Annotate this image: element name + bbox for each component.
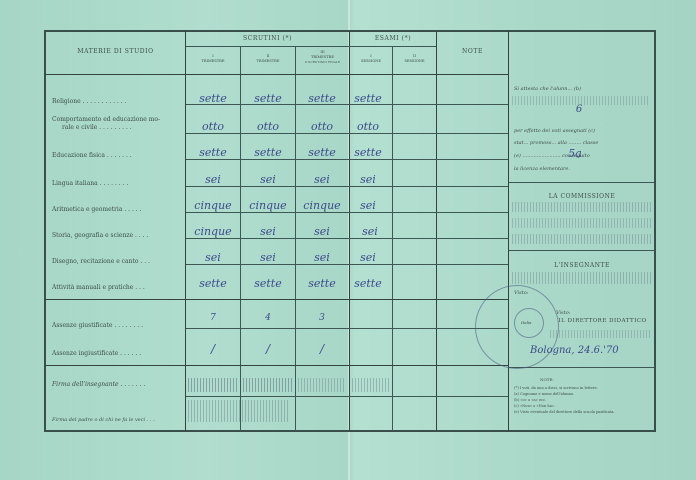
header-subjects: MATERIE DI STUDIO — [46, 48, 185, 55]
grade-cell: sette — [338, 277, 398, 290]
absence-cell: / — [183, 342, 243, 356]
commission-signature — [512, 202, 652, 212]
teacher-signature — [298, 378, 346, 392]
director-signature — [550, 330, 650, 338]
label-firma-insegnante: Firma dell'insegnante . . . . . . . — [52, 381, 145, 389]
col-header-trimestre-1: ITRIMESTRE — [186, 54, 240, 64]
grade-cell: sei — [238, 225, 298, 238]
teacher-label: L'INSEGNANTE — [509, 262, 655, 269]
absence-cell: 4 — [238, 313, 298, 323]
visto-label-2: Visto: — [556, 310, 570, 316]
grade-cell: cinque — [183, 225, 243, 238]
grid-line — [186, 212, 508, 213]
grid-line — [45, 299, 508, 300]
col-header-sessione-1: ISESSIONE — [350, 54, 392, 64]
grade-cell: sette — [183, 92, 243, 105]
grade-cell: sei — [340, 225, 400, 238]
grade-cell: sei — [338, 199, 398, 212]
grade-cell: sei — [338, 173, 398, 186]
grade-cell: sette — [183, 277, 243, 290]
grade-cell: sette — [238, 277, 298, 290]
teacher-signature — [352, 378, 390, 392]
grid-line — [186, 46, 436, 47]
grade-cell: cinque — [183, 199, 243, 212]
parent-signature — [188, 400, 288, 422]
label-assenze-ingiustificate: Assenze ingiustificate . . . . . . — [52, 350, 141, 358]
subject-religione: Religione . . . . . . . . . . . . — [52, 98, 126, 106]
grade-cell: cinque — [238, 199, 298, 212]
subject-lingua-italiana: Lingua italiana . . . . . . . . — [52, 180, 128, 188]
note-item: (c) «Non» o «Non ha». — [514, 404, 555, 408]
grid-line — [508, 31, 509, 431]
col-header-trimestre-2: IITRIMESTRE — [241, 54, 295, 64]
grade-cell: sette — [338, 146, 398, 159]
subject-aritmetica: Aritmetica e geometria . . . . . — [52, 206, 142, 214]
header-scrutini: SCRUTINI (*) — [186, 35, 349, 42]
stamp-text: Italia — [521, 320, 532, 325]
label-firma-padre: Firma del padre o di chi ne fa le veci .… — [52, 416, 155, 424]
col-header-trimestre-3: IIITRIMESTREO SCRUTINIO FINALE — [296, 50, 349, 65]
commission-signature — [512, 234, 652, 244]
director-label: IL DIRETTORE DIDATTICO — [550, 318, 655, 324]
subject-storia: Storia, geografia e scienze . . . . — [52, 232, 148, 240]
subject-comportamento: Comportamento ed educazione mo-rale e ci… — [52, 116, 160, 132]
grid-line — [186, 159, 508, 160]
absence-cell: 7 — [183, 313, 243, 323]
subject-disegno: Disegno, recitazione e canto . . . — [52, 258, 150, 266]
class-value: 5a — [545, 147, 605, 160]
grid-line — [509, 367, 655, 368]
grid-line — [509, 182, 655, 183]
grid-line — [509, 250, 655, 251]
subject-educazione-fisica: Educazione fisica . . . . . . . — [52, 152, 132, 160]
label-assenze-giustificate: Assenze giustificate . . . . . . . . — [52, 322, 143, 330]
grade-cell: sei — [183, 251, 243, 264]
grid-line — [186, 186, 508, 187]
grade-cell: otto — [183, 120, 243, 133]
teacher-signature — [243, 378, 293, 392]
grade-cell: sette — [238, 146, 298, 159]
absence-cell: / — [238, 342, 298, 356]
attest-line-5: la licenza elementare. — [514, 166, 570, 172]
header-note: NOTE — [437, 48, 508, 55]
grade-cell: otto — [338, 120, 398, 133]
grid-line — [45, 74, 508, 75]
grade-cell: sette — [338, 92, 398, 105]
grid-line — [186, 238, 508, 239]
note-item: (b) «o» o «a» ecc. — [514, 398, 546, 402]
teacher-final-signature — [512, 272, 652, 284]
attest-line-2: per effetto dei voti assegnati (c) — [514, 128, 595, 134]
grade-cell: sei — [338, 251, 398, 264]
note-item: (e) Visto eventuale del direttore della … — [514, 410, 615, 414]
absence-cell: / — [292, 342, 352, 356]
attest-line-1: Si attesta che l'alunn... (b) — [514, 86, 581, 92]
commission-label: LA COMMISSIONE — [509, 193, 655, 200]
grade-cell: sei — [238, 251, 298, 264]
note-item: (a) Cognome e nome dell'alunno. — [514, 392, 574, 396]
grade-cell: sette — [238, 92, 298, 105]
col-header-sessione-2: IISESSIONE — [393, 54, 436, 64]
note-item: (*) I voti, da uno a dieci, si scrivono … — [514, 386, 598, 390]
grid-line — [436, 31, 437, 431]
grid-line — [186, 264, 508, 265]
grade-cell: sei — [238, 173, 298, 186]
grade-cell: otto — [238, 120, 298, 133]
notes-title: NOTE: — [540, 377, 554, 382]
grid-line — [45, 365, 508, 366]
grid-line — [186, 133, 508, 134]
grid-line — [186, 328, 508, 329]
grid-line — [186, 396, 508, 397]
attest-line-3: stat... promoss... alla ........ classe — [514, 140, 598, 146]
grade-cell: sei — [183, 173, 243, 186]
commission-signature — [512, 218, 652, 228]
subject-attivita-manuali: Attività manuali e pratiche . . . — [52, 284, 145, 292]
header-esami: ESAMI (*) — [350, 35, 436, 42]
teacher-signature — [188, 378, 238, 392]
grade-number: 6 — [549, 104, 609, 115]
grade-cell: sette — [183, 146, 243, 159]
absence-cell: 3 — [292, 313, 352, 323]
